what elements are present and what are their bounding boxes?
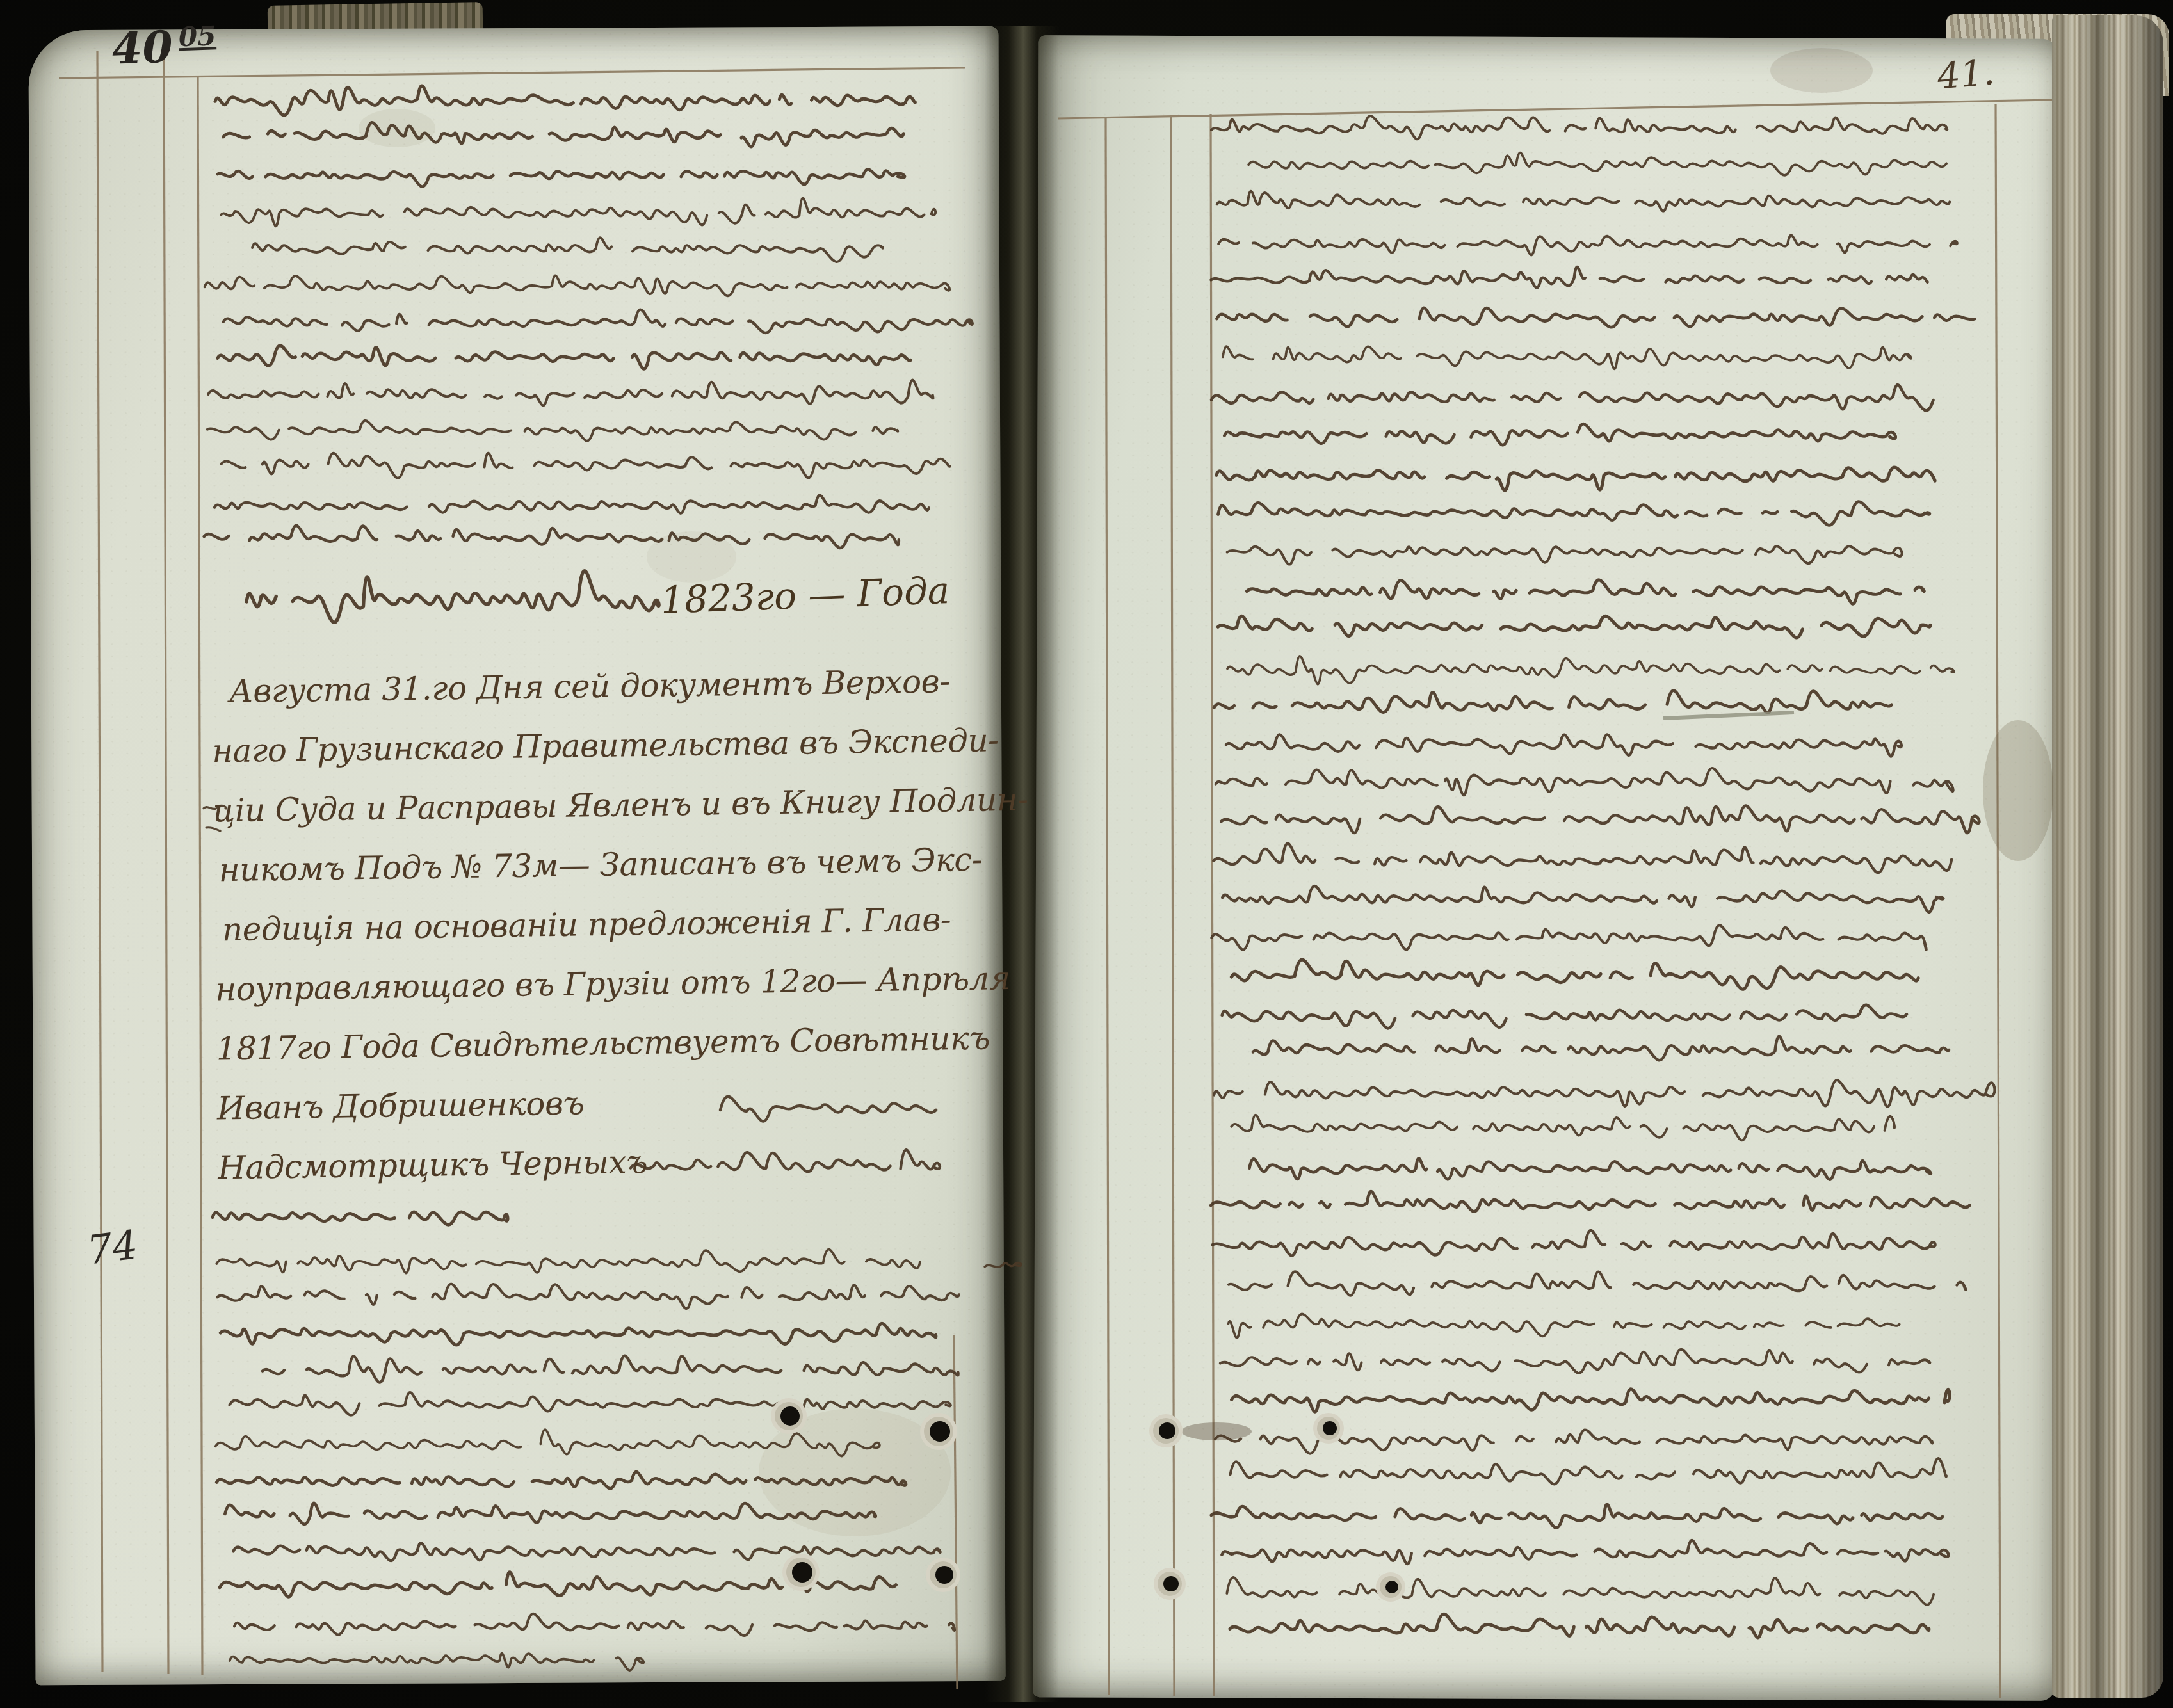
russian-line: наго Грузинскаго Правительства въ Экспед… (212, 711, 984, 782)
page-number-left: 4005 (111, 20, 218, 75)
russian-line: ноуправляющаго въ Грузіи отъ 12го— Апрѣл… (215, 949, 987, 1020)
margin-entry-number: 74 (85, 1221, 140, 1273)
russian-line: Иванъ Добришенковъ (216, 1068, 989, 1139)
page-number-left-value: 40 (111, 22, 174, 75)
russian-line: Надсмотрщикъ Черныхъ (218, 1128, 990, 1198)
page-number-left-note: 05 (178, 20, 216, 53)
page-number-right: 41. (1935, 51, 1996, 98)
russian-line: педиція на основаніи предложенія Г. Глав… (214, 890, 986, 960)
russian-line: ціи Суда и Расправы Явленъ и въ Книгу По… (213, 771, 985, 841)
russian-line: никомъ Подъ № 73м— Записанъ въ чемъ Экс- (213, 830, 985, 901)
russian-line: 1817го Года Свидѣтельствуетъ Совѣтникъ (216, 1009, 988, 1079)
manuscript-spread: 4005 41. 74 1823го — Года Августа 31.го … (0, 0, 2173, 1708)
russian-line: Августа 31.го Дня сей документъ Верхов- (211, 652, 983, 722)
russian-attestation-passage: Августа 31.го Дня сей документъ Верхов- … (211, 652, 990, 1198)
